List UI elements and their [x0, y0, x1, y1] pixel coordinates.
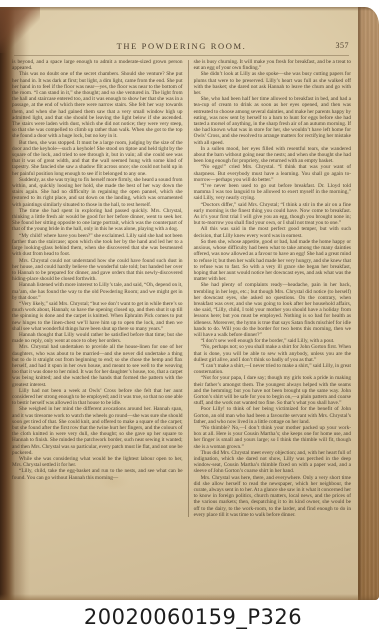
paragraph: She weighed in her mind the different av… [12, 406, 183, 456]
paragraph: “Lilly, child, take the egg-basket and r… [12, 468, 183, 480]
paragraph: Poor Lilly! to think of her being victim… [194, 406, 351, 425]
paragraph: is beyond, and a space large enough to a… [12, 59, 183, 71]
page-top-edge [0, 7, 379, 11]
paragraph: “My child! where have you been?” she exc… [12, 233, 183, 258]
page-header-title: THE POWDERING ROOM. [12, 41, 351, 51]
left-column: is beyond, and a space large enough to a… [12, 59, 188, 518]
paragraph: Mrs. Chrystal was here, there, and every… [194, 475, 351, 518]
paragraph: All this was said in the most perfect go… [194, 226, 351, 238]
running-head: THE POWDERING ROOM. 357 [12, 41, 351, 54]
book-fore-edge [358, 7, 379, 600]
paragraph: Mrs. Chrystal could not understand how s… [12, 258, 183, 283]
paragraph: The time she had spent in exploring had … [12, 208, 183, 233]
page-bottom-edge [0, 594, 379, 600]
paragraph: Hannah listened with more interest to Li… [12, 282, 183, 301]
paragraph: “Doctors differ,” said Mrs. Chrystal; “I… [194, 202, 351, 227]
paragraph: She, who had been half her time allowed … [194, 96, 351, 146]
paragraph: Thus did Mrs. Chrystal meet every object… [194, 450, 351, 475]
paragraph: Mrs. Chrystal had undertaken to provide … [12, 344, 183, 387]
paragraph: “No thimble? No,—I don’t think your moth… [194, 425, 351, 450]
paragraph: She had plenty of complaints ready—heada… [194, 282, 351, 338]
paragraph: Suddenly, as she was trying to fix herse… [12, 177, 183, 208]
paragraph: “I can’t make a shirt,—I never tried to … [194, 363, 351, 375]
text-columns: is beyond, and a space large enough to a… [12, 59, 351, 518]
paragraph: “I’ve never been used to go out before b… [194, 183, 351, 202]
page-number: 357 [336, 41, 350, 50]
paragraph: “No, perhaps not; so you shall make a sh… [194, 344, 351, 363]
right-column: she is busy churning. It will make you f… [189, 59, 351, 518]
paragraph: But then, she was stopped. It must be a … [12, 140, 183, 177]
paragraph: she is busy churning. It will make you f… [194, 59, 351, 71]
paragraph: “No eggs!” cried Mrs. Chrystal. “I think… [194, 164, 351, 183]
paragraph: While she was considering what would be … [12, 456, 183, 468]
paragraph: Lilly had not been a week at Owls’ Cross… [12, 388, 183, 407]
paragraph: “Not for your papa, I dare say; though m… [194, 375, 351, 406]
paragraph: In a sullen mood, her eyes filled with r… [194, 146, 351, 165]
paragraph: She didn’t look at Lilly as she spoke—sh… [194, 71, 351, 96]
paragraph: So then she, whose appetite, good or bad… [194, 239, 351, 282]
scan-image: THE POWDERING ROOM. 357 is beyond, and a… [0, 0, 386, 640]
paragraph: This was no doubt one of the secret cham… [12, 71, 183, 139]
book-photo: THE POWDERING ROOM. 357 is beyond, and a… [0, 7, 379, 600]
paragraph: “Very likely,” said Mrs. Chrystal; “but … [12, 301, 183, 332]
header-rule [14, 55, 349, 56]
printed-page: THE POWDERING ROOM. 357 is beyond, and a… [12, 41, 351, 566]
scan-id-label: 20020060159_P326 [0, 605, 386, 629]
paragraph: Hannah thought that Lilly would rather b… [12, 332, 183, 344]
